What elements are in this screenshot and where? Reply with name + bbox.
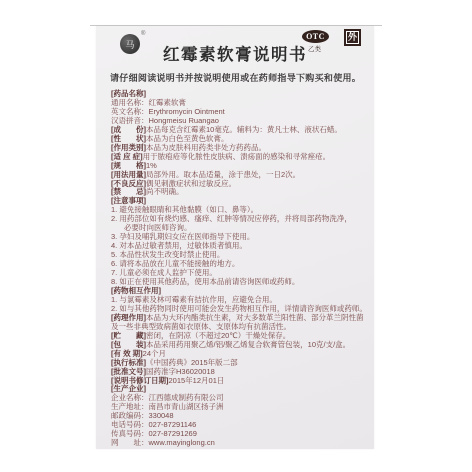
line-text: 2015年12月01日 [169, 376, 225, 385]
section-label: [有 效 期] [111, 349, 143, 358]
leaflet-line: [说明书修订日期]2015年12月01日 [111, 377, 369, 386]
line-text: 网 址：www.mayinglong.cn [111, 438, 215, 447]
section-label: [贮 藏] [111, 331, 146, 340]
line-text: 《中国药典》2015年版二部 [146, 358, 238, 367]
section-label: [药品名称] [111, 89, 146, 98]
section-label: [包 装] [111, 340, 146, 349]
otc-class-label: 乙类 [301, 44, 328, 53]
line-text: 8. 如正在使用其他药品，使用本品前请咨询医师或药师。 [111, 277, 299, 286]
section-label: [药物相互作用] [111, 286, 161, 295]
line-text: 英文名称：Erythromycin Ointment [111, 107, 225, 116]
line-text: 必要时向医师咨询。 [124, 223, 192, 232]
usage-advisory-text: 请仔细阅读说明书并按说明使用或在药师指导下购买和使用。 [110, 71, 361, 84]
section-label: [执行标准] [111, 358, 146, 367]
section-label: [批准文号] [111, 367, 146, 376]
line-text: 汉语拼音：Hongmeisu Ruangao [111, 116, 219, 125]
leaflet-line: [禁 忌]尚不明确。 [111, 188, 369, 197]
line-text: 尚不明确。 [146, 187, 184, 196]
section-label: [药理作用] [111, 313, 146, 322]
leaflet-line: 网 址：www.mayinglong.cn [111, 439, 369, 448]
section-label: [性 状] [111, 134, 146, 143]
section-label: [作用类别] [111, 143, 146, 152]
line-text: 用于脓疱疮等化脓性皮肤病、溃疡面的感染和寻常痤疮。 [143, 152, 331, 161]
line-text: 通用名称：红霉素软膏 [111, 98, 186, 107]
registered-trademark-icon: ® [141, 31, 145, 37]
line-text: 6. 请将本品放在儿童不能接触的地方。 [111, 259, 239, 268]
external-use-badge: 外 [344, 29, 361, 46]
line-text: 1% [146, 161, 157, 170]
section-label: [规 格] [111, 161, 146, 170]
line-text: 2. 如与其他药物同时使用可能会发生药物相互作用，详情请咨询医师或药师。 [111, 304, 367, 313]
line-text: 1. 与氯霉素及林可霉素有拮抗作用，应避免合用。 [111, 295, 277, 304]
line-text: 本品采用药用聚乙烯/铝/聚乙烯复合软膏管包装，10克/支/盒。 [146, 340, 350, 349]
line-text: 传真号码：027-87291269 [111, 429, 197, 438]
section-label: [用法用量] [111, 170, 146, 179]
otc-badge: OTC [302, 30, 329, 43]
line-text: 邮政编码：330048 [111, 411, 174, 420]
line-text: 国药准字H36020018 [146, 367, 215, 376]
line-text: 4. 对本品过敏者禁用，过敏体质者慎用。 [111, 241, 247, 250]
leaflet-lines: [药品名称]通用名称：红霉素软膏英文名称：Erythromycin Ointme… [111, 90, 369, 448]
line-text: 密闭，在阴凉（不超过20℃）干燥处保存。 [146, 331, 290, 340]
line-text: 电话号码：027-87291146 [111, 420, 196, 429]
line-text: 本品为大环内酯类抗生素，对大多数革兰阳性菌、部分革兰阴性菌 [146, 313, 364, 322]
line-text: 5. 本品性状发生改变时禁止使用。 [111, 250, 224, 259]
line-text: 局部外用。取本品适量，涂于患处，一日2次。 [146, 170, 300, 179]
line-text: 24个月 [143, 349, 166, 358]
leaflet-paper: 马 ® 红霉素软膏说明书 OTC 乙类 外 请仔细阅读说明书并按说明使用或在药师… [96, 26, 374, 449]
line-text: 本品为白色至黄色软膏。 [146, 134, 229, 143]
section-label: [成 份] [111, 125, 146, 134]
line-text: 7. 儿童必须在成人监护下使用。 [111, 268, 217, 277]
line-text: 及一些非典型致病菌如衣原体、支原体均有抗菌活性。 [111, 322, 291, 331]
section-label: [适 应 症] [111, 152, 143, 161]
external-use-badge-label: 外 [346, 31, 359, 44]
line-text: 生产地址：南昌市青山湖区扬子洲 [111, 402, 224, 411]
page-title: 红霉素软膏说明书 [96, 41, 374, 65]
line-text: 2. 用药部位如有烧灼感、瘙痒、红肿等情况应停药，并将局部药物洗净， [111, 214, 352, 223]
line-text: 本品每克含红霉素10毫克。辅料为：黄凡士林、液状石蜡。 [146, 125, 342, 134]
line-text: 3. 孕妇及哺乳期妇女应在医师指导下使用。 [111, 232, 254, 241]
line-text: 本品为皮肤科用药类非处方药药品。 [146, 143, 266, 152]
